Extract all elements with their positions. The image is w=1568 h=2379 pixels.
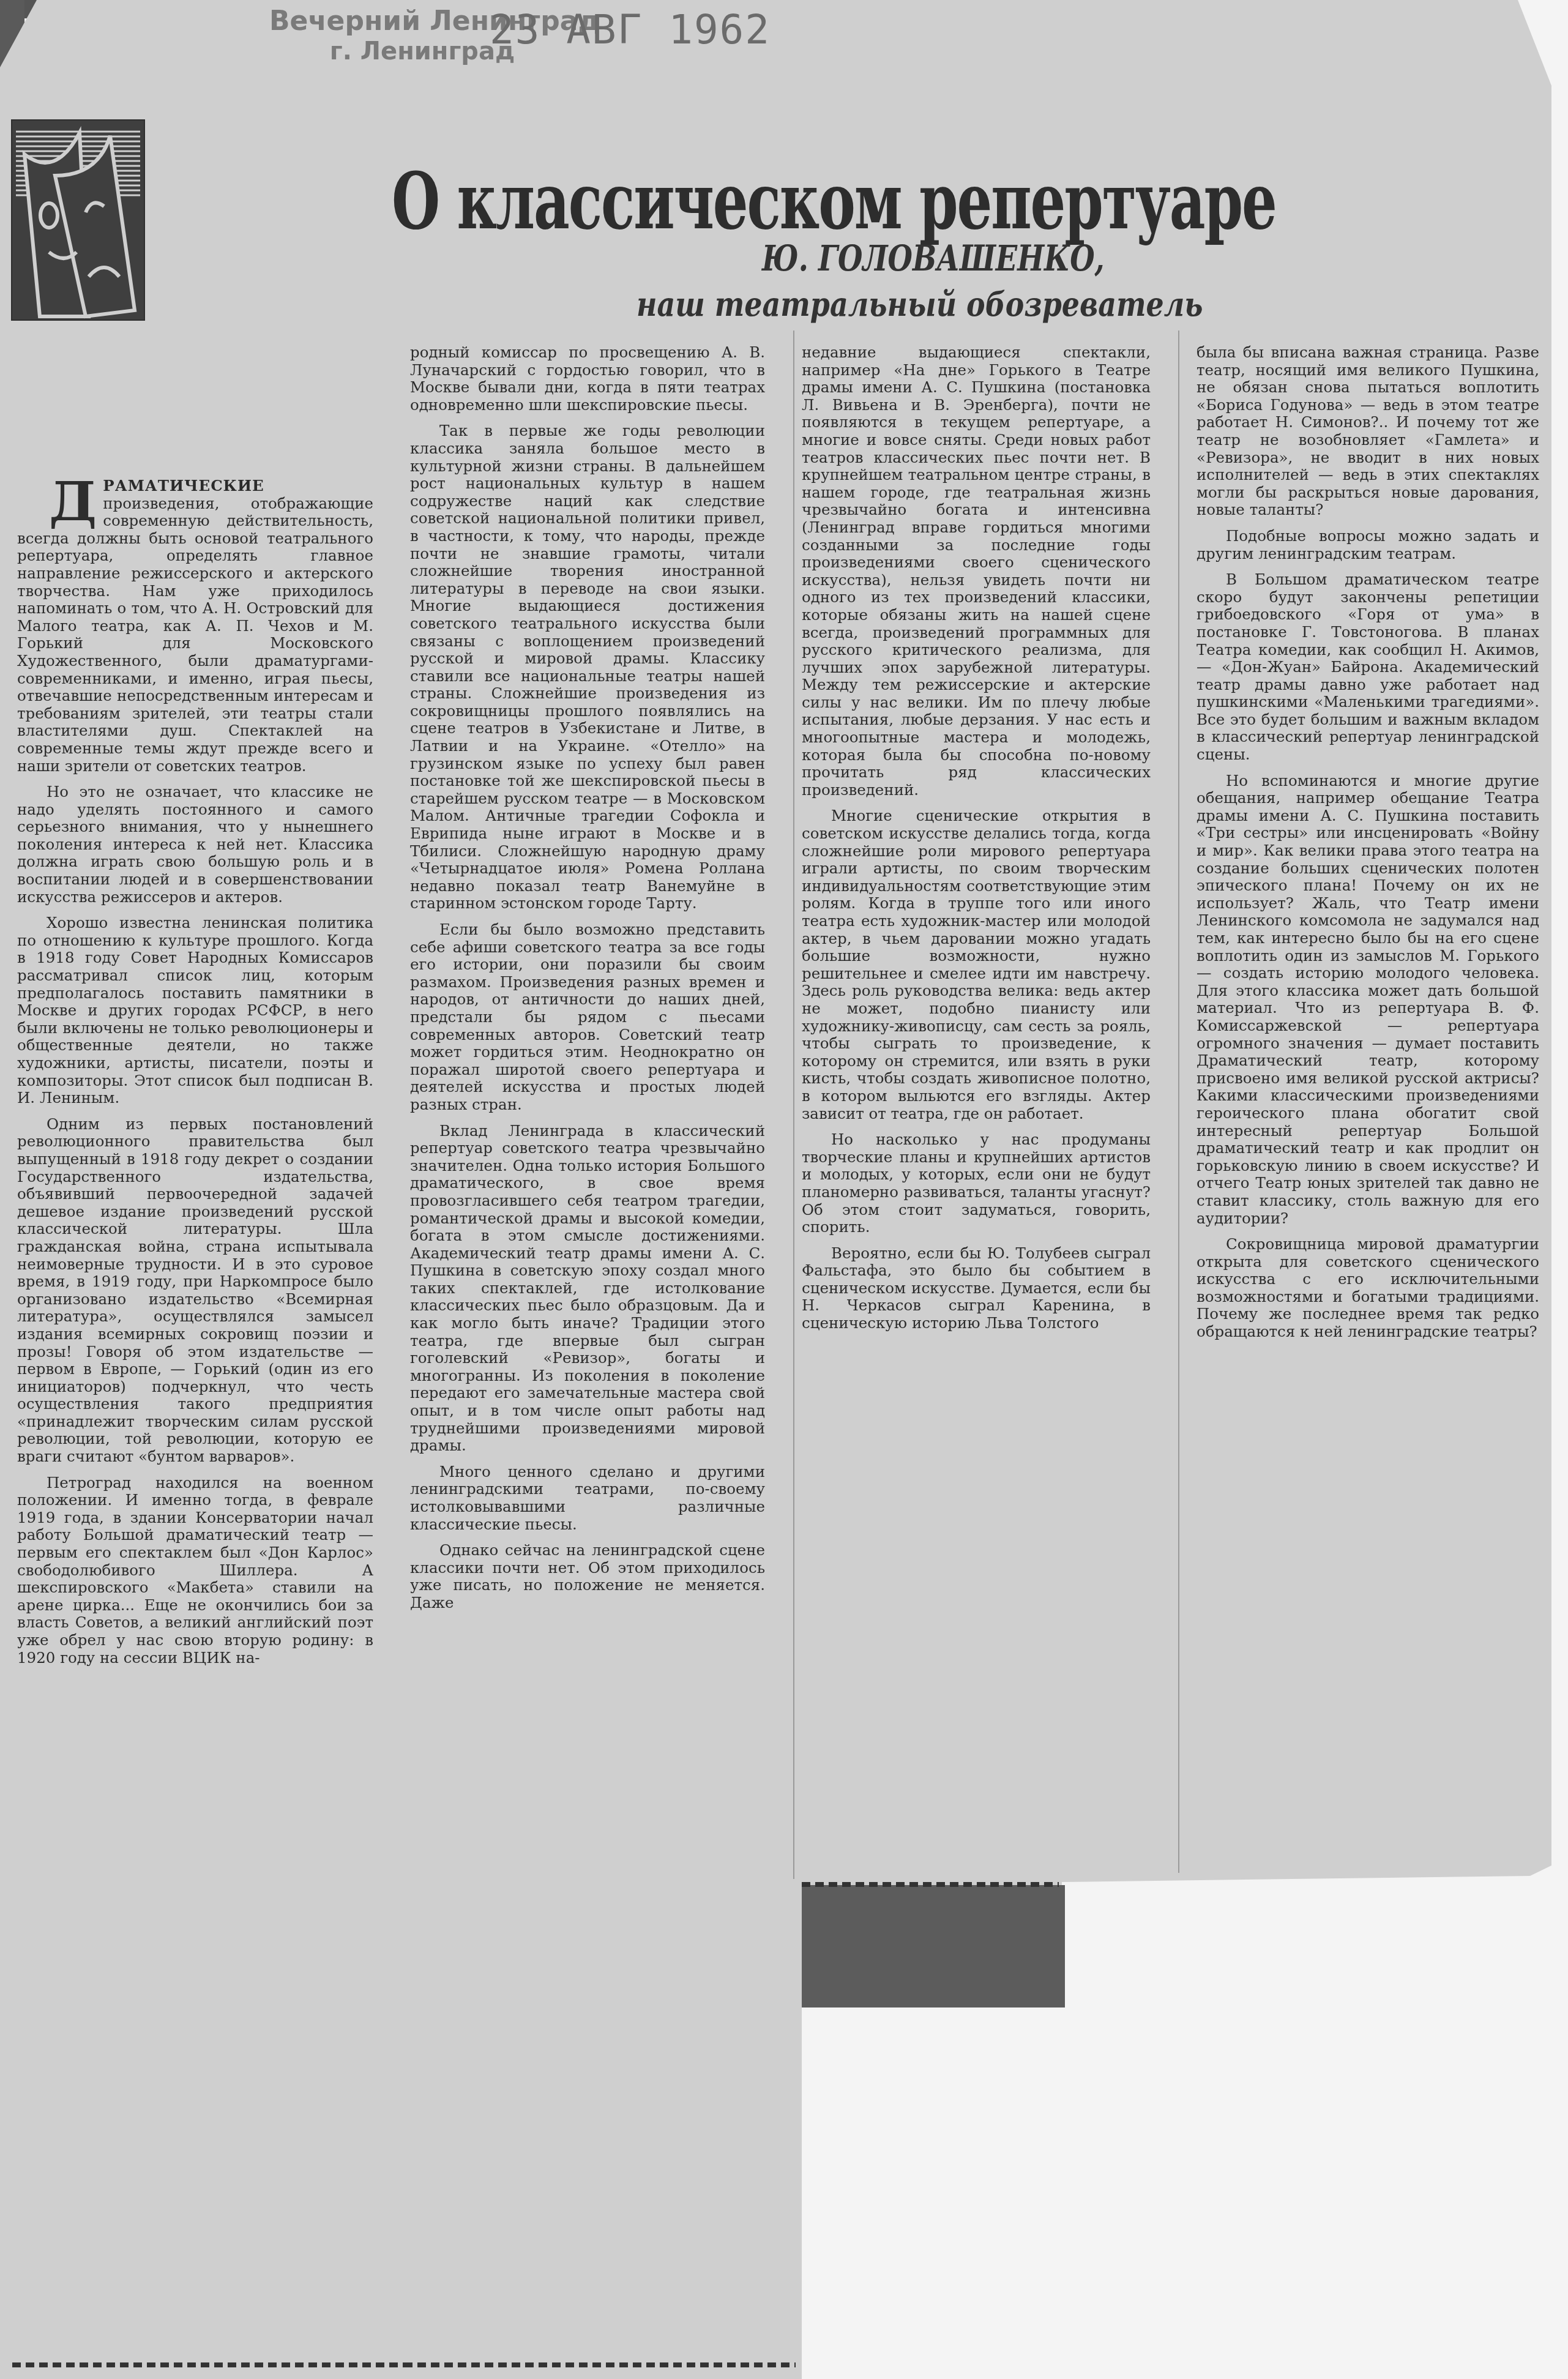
torn-edge [12,2362,404,2367]
article-column-2: родный комиссар по просвещению А. В. Лун… [410,344,765,1612]
paragraph-text: произведения, отображающие современную д… [17,495,373,775]
paragraph: В Большом драматическом театре скоро буд… [1197,571,1539,764]
torn-edge [802,1882,1059,1887]
paragraph: Вероятно, если бы Ю. Толубеев сыграл Фал… [802,1245,1151,1332]
paragraph: Одним из первых постановлений революцион… [17,1116,373,1466]
paragraph: ДРАМАТИЧЕСКИЕ произведения, отображающие… [17,477,373,775]
paragraph: Хорошо известна ленинская политика по от… [17,914,373,1107]
paragraph: Но вспоминаются и многие другие обещания… [1197,772,1539,1227]
theatre-masks-icon [11,119,145,321]
paragraph: Петроград находился на военном положении… [17,1474,373,1667]
paragraph: Но это не означает, что классике не надо… [17,783,373,906]
paragraph: Если бы было возможно представить себе а… [410,921,765,1114]
lead-caps: РАМАТИЧЕСКИЕ [103,477,264,495]
article-column-3: недавние выдающиеся спектакли, например … [802,344,1151,1332]
author-name: Ю. ГОЛОВАШЕНКО, [762,237,1105,279]
article-column-4: была бы вписана важная страница. Разве т… [1197,344,1539,1341]
paragraph: недавние выдающиеся спектакли, например … [802,344,1151,799]
paragraph: Однако сейчас на ленинградской сцене кла… [410,1542,765,1612]
paragraph: Сокровищница мировой драматургии открыта… [1197,1236,1539,1341]
article-column-1: ДРАМАТИЧЕСКИЕ произведения, отображающие… [17,477,373,1667]
paragraph: Но насколько у нас продуманы творческие … [802,1131,1151,1236]
paragraph: была бы вписана важная страница. Разве т… [1197,344,1539,519]
date-stamp: 23 АВГ 1962 [490,6,771,53]
paragraph: Так в первые же годы революции классика … [410,422,765,913]
paragraph: Много ценного сделано и другими ленингра… [410,1463,765,1533]
article-title: О классическом репертуаре [392,155,1276,247]
mount-shadow-block [802,1885,1065,2007]
paragraph: Подобные вопросы можно задать и другим л… [1197,528,1539,562]
column-divider [1178,331,1179,1873]
paragraph: Многие сценические открытия в советском … [802,807,1151,1122]
paragraph: Вклад Ленинграда в классический репертуа… [410,1122,765,1455]
torn-edge [404,2362,796,2367]
author-role: наш театральный обозреватель [637,285,1203,324]
paragraph: родный комиссар по просвещению А. В. Лун… [410,344,765,414]
drop-cap: Д [49,480,97,523]
column-divider [793,331,794,1879]
